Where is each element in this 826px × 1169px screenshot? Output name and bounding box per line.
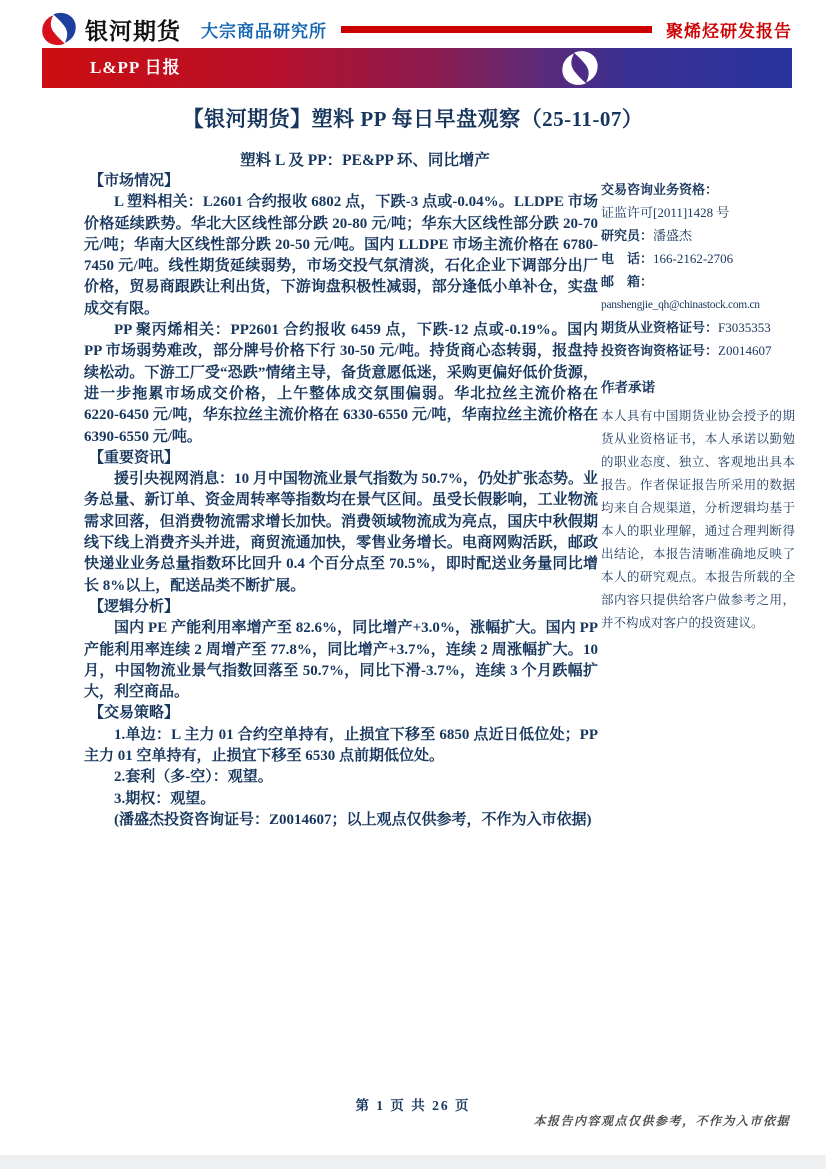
paragraph: (潘盛杰投资咨询证号：Z0014607；以上观点仅供参考，不作为入市依据) (84, 810, 598, 831)
report-section: 【逻辑分析】 国内 PE 产能利用率增产至 82.6%，同比增产+3.0%，涨幅… (84, 597, 598, 703)
brand-name: 银河期货 (85, 13, 181, 46)
footer-disclaimer: 本报告内容观点仅供参考，不作为入市依据 (533, 1112, 790, 1129)
paragraph: 国内 PE 产能利用率增产至 82.6%，同比增产+3.0%，涨幅扩大。国内 P… (84, 618, 598, 703)
header-divider (341, 26, 652, 33)
qualification-title: 交易咨询业务资格： (601, 182, 795, 198)
email-row: panshengjie_qh@chinastock.com.cn (601, 297, 795, 313)
page-title: 【银河期货】塑料 PP 每日早盘观察（25-11-07） (0, 103, 826, 133)
email-link[interactable]: panshengjie_qh@chinastock.com.cn (601, 297, 795, 313)
org-name: 大宗商品研究所 (201, 17, 327, 42)
author-promise-title: 作者承诺 (601, 376, 795, 396)
researcher-row: 研究员：潘盛杰 (601, 228, 795, 244)
galaxy-swirl-white-icon (560, 48, 600, 88)
advisor-cert-label: 投资咨询资格证号： (601, 343, 718, 358)
report-body: 【市场情况】 L 塑料相关：L2601 合约报收 6802 点，下跌-3 点或-… (84, 171, 598, 831)
author-promise-text: 本人具有中国期货业协会授予的期货从业资格证书，本人承诺以勤勉的职业态度、独立、客… (601, 405, 795, 635)
email-label: 邮 箱： (601, 274, 795, 290)
phone-label: 电 话： (601, 251, 653, 266)
page-header: 银河期货 大宗商品研究所 聚烯烃研发报告 (40, 9, 792, 49)
researcher-label: 研究员： (601, 228, 653, 243)
futures-cert-row: 期货从业资格证号：F3035353 (601, 320, 795, 336)
paragraph: PP 聚丙烯相关：PP2601 合约报收 6459 点，下跌-12 点或-0.1… (84, 320, 598, 448)
phone-number: 166-2162-2706 (653, 251, 733, 266)
researcher-name: 潘盛杰 (653, 228, 692, 243)
section-heading: 【逻辑分析】 (84, 597, 598, 618)
phone-row: 电 话：166-2162-2706 (601, 251, 795, 267)
paragraph: 援引央视网消息：10 月中国物流业景气指数为 50.7%，仍处扩张态势。业务总量… (84, 469, 598, 597)
report-section: 【重要资讯】 援引央视网消息：10 月中国物流业景气指数为 50.7%，仍处扩张… (84, 448, 598, 597)
qualification-number: 证监许可[2011]1428 号 (601, 205, 795, 221)
page-subtitle: 塑料 L 及 PP：PE&PP 环、同比增产 (105, 148, 625, 170)
galaxy-swirl-icon (40, 10, 78, 48)
report-tag: 聚烯烃研发报告 (666, 17, 792, 42)
report-section: 【市场情况】 L 塑料相关：L2601 合约报收 6802 点，下跌-3 点或-… (84, 171, 598, 448)
paragraph: 2.套利（多-空）：观望。 (84, 767, 598, 788)
paragraph: 3.期权：观望。 (84, 789, 598, 810)
futures-cert-label: 期货从业资格证号： (601, 320, 718, 335)
futures-cert-number: F3035353 (718, 320, 771, 335)
banner-title: L&PP 日报 (42, 48, 792, 88)
paragraph: 1.单边：L 主力 01 合约空单持有，止损宜下移至 6850 点近日低位处；P… (84, 725, 598, 768)
page-number: 第 1 页 共 26 页 (0, 1094, 826, 1114)
report-section: 【交易策略】 1.单边：L 主力 01 合约空单持有，止损宜下移至 6850 点… (84, 703, 598, 831)
advisor-cert-row: 投资咨询资格证号：Z0014607 (601, 343, 795, 359)
report-banner: L&PP 日报 (42, 48, 792, 88)
report-page: 银河期货 大宗商品研究所 聚烯烃研发报告 L&PP 日报 【银河期货】塑料 PP… (0, 0, 826, 1169)
paragraph: L 塑料相关：L2601 合约报收 6802 点，下跌-3 点或-0.04%。L… (84, 192, 598, 320)
advisor-cert-number: Z0014607 (718, 343, 771, 358)
section-heading: 【重要资讯】 (84, 448, 598, 469)
section-heading: 【市场情况】 (84, 171, 598, 192)
page-bottom-edge (0, 1155, 826, 1169)
sidebar: 交易咨询业务资格： 证监许可[2011]1428 号 研究员：潘盛杰 电 话：1… (601, 182, 795, 635)
section-heading: 【交易策略】 (84, 703, 598, 724)
